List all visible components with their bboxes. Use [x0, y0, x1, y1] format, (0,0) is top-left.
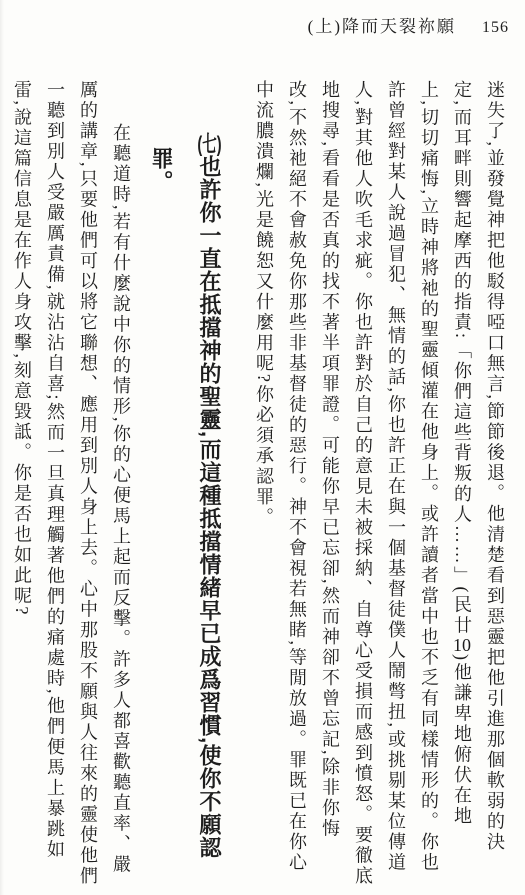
text-segment: )他謙卑地俯伏在地 [452, 654, 472, 827]
section-heading-column: (七)也許你一直在抵擋神的聖靈,而這種抵擋情緒早已成爲習慣,使你不願認 [185, 80, 233, 895]
horizontal-number: 10 [452, 636, 472, 654]
section-number-marker: (七) [197, 133, 222, 155]
text-column: 中流膿潰爛,光是饒恕又什麼用呢?你必須承認罪。 [247, 80, 280, 895]
text-column: 許曾經對某人說過冒犯、無情的話,你也許正在與一個基督徒僕人鬧彆扭,或挑剔某位傳道 [379, 80, 412, 895]
text-column: 厲的講章,只要他們可以將它聯想、應用到別人身上去。心中那股不願與人往來的靈使他們 [71, 80, 104, 895]
page-number: 156 [482, 19, 509, 37]
text-column: 一聽到別人受嚴厲責備,就沾沾自喜;然而一旦真理觸著他們的痛處時,他們便馬上暴跳如 [38, 80, 71, 895]
text-column: 人,對其他人吹毛求疵。你也許對於自己的意見未被採納、自尊心受損而感到憤怒。要徹底 [346, 80, 379, 895]
scan-edge-shadow [0, 0, 4, 895]
book-title: (上)降而天裂祢願 [308, 12, 456, 37]
vertical-text-block: 迷失了,並發覺神把他駁得啞口無言,節節後退。他清楚看到惡靈把他引進那個軟弱的決 … [5, 80, 511, 895]
text-column: 地搜尋,看看是否真的找不著半項罪證。可能你早已忘卻,然而神卻不曾忘記,除非你悔 [313, 80, 346, 895]
text-column: 改,不然祂絕不會赦免你那些非基督徒的惡行。神不會視若無睹,等閒放過。罪既已在你心 [280, 80, 313, 895]
text-column: 在聽道時,若有什麼說中你的情形,你的心便馬上起而反擊。許多人都喜歡聽直率、嚴 [104, 80, 137, 895]
text-column: 雷,說這篇信息是在作人身攻擊,刻意毀詆。你是否也如此呢? [5, 80, 38, 895]
text-column: 迷失了,並發覺神把他駁得啞口無言,節節後退。他清楚看到惡靈把他引進那個軟弱的決 [478, 80, 511, 895]
section-heading-text: 也許你一直在抵擋神的聖靈,而這種抵擋情緒早已成爲習慣,使你不願認 [197, 155, 222, 859]
section-heading-column: 罪。 [137, 80, 185, 895]
text-segment: 定,而耳畔則響起摩西的指責:「你們這些背叛的人……」(民廿 [452, 80, 472, 636]
running-head: (上)降而天裂祢願 156 [308, 12, 509, 37]
book-page: (上)降而天裂祢願 156 迷失了,並發覺神把他駁得啞口無言,節節後退。他清楚看… [0, 0, 525, 895]
text-column: 上,切切痛悔,立時神將祂的聖靈傾灌在他身上。或許讀者當中也不乏有同樣情形的。你也 [412, 80, 445, 895]
text-column: 定,而耳畔則響起摩西的指責:「你們這些背叛的人……」(民廿10)他謙卑地俯伏在地 [445, 80, 478, 895]
